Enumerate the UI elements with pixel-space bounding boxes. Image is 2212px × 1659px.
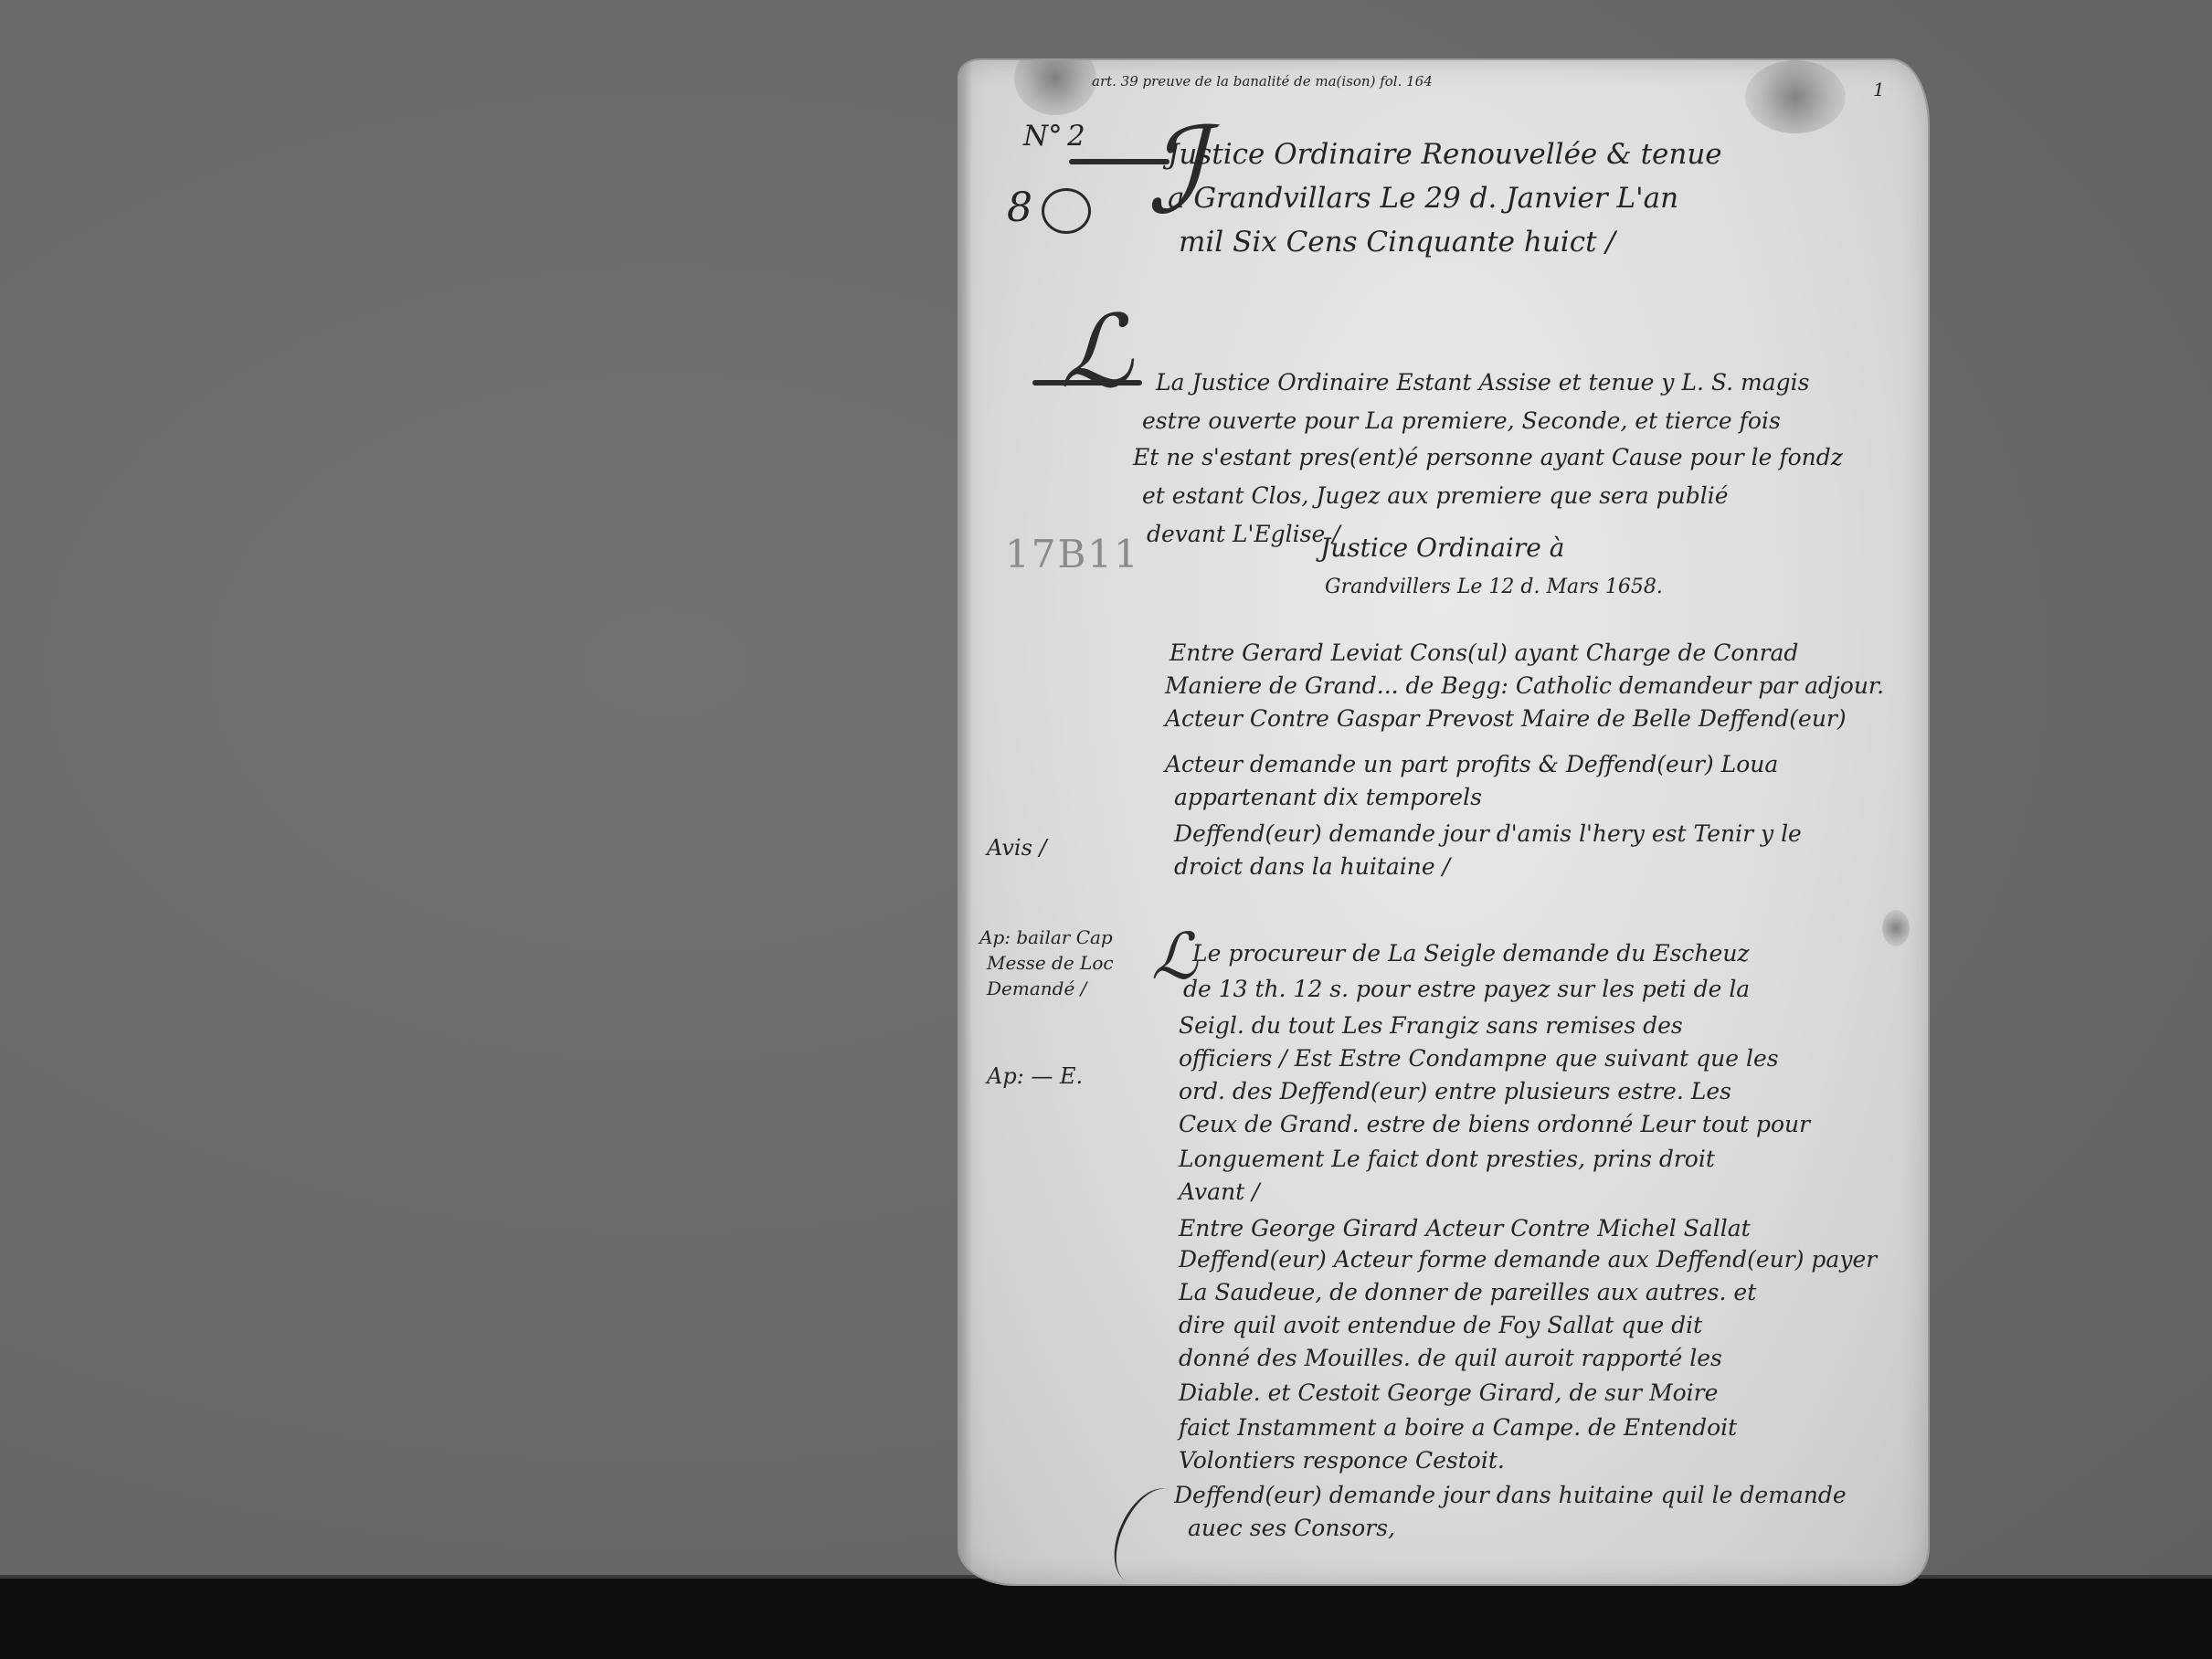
margin-note-2-line-3: Demandé / — [987, 979, 1086, 998]
paraph-scribble-icon — [1042, 188, 1091, 234]
entry-3-line-8: Volontiers responce Cestoit. — [1179, 1449, 1505, 1472]
entry-1-line-3: Acteur Contre Gaspar Prevost Maire de Be… — [1165, 707, 1847, 730]
entry-2-line-6: Ceux de Grand. estre de biens ordonné Le… — [1179, 1113, 1810, 1136]
record-number: 2 — [1067, 122, 1085, 151]
archive-stamp: 17B11 — [1005, 535, 1140, 574]
session-2-heading-line-1: Justice Ordinaire à — [1320, 535, 1564, 561]
entry-3-line-3: La Saudeue, de donner de pareilles aux a… — [1179, 1281, 1756, 1304]
page-binding-edge — [959, 60, 972, 1584]
paragraph-pen-stroke — [1032, 380, 1142, 386]
entry-2-line-8: Avant / — [1179, 1180, 1260, 1203]
paragraph-1-line-1: La Justice Ordinaire Estant Assise et te… — [1156, 371, 1809, 394]
entry-3-line-9: Deffend(eur) demande jour dans huitaine … — [1174, 1484, 1847, 1506]
title-line-2: a Grandvillars Le 29 d. Janvier L'an — [1168, 185, 1678, 213]
entry-3-line-4: dire quil avoit entendue de Foy Sallat q… — [1179, 1314, 1702, 1337]
entry-1-line-7: droict dans la huitaine / — [1174, 855, 1450, 878]
scan-background: art. 39 preuve de la banalité de ma(ison… — [0, 0, 2212, 1659]
entry-2-line-3: Seigl. du tout Les Frangiz sans remises … — [1179, 1014, 1683, 1037]
title-line-1: Justice Ordinaire Renouvellée & tenue — [1168, 141, 1722, 169]
entry-3-line-7: faict Instamment a boire a Campe. de Ent… — [1179, 1416, 1737, 1439]
entry-3-line-6: Diable. et Cestoit George Girard, de sur… — [1179, 1381, 1718, 1404]
record-number-label: N° — [1023, 122, 1063, 151]
entry-3-line-1: Entre George Girard Acteur Contre Michel… — [1179, 1217, 1751, 1240]
margin-note-3: Ap: — E. — [987, 1065, 1083, 1087]
paragraph-1-line-4: et estant Clos, Jugez aux premiere que s… — [1142, 484, 1729, 507]
header-note: art. 39 preuve de la banalité de ma(ison… — [1092, 75, 1433, 89]
title-line-3: mil Six Cens Cinquante huict / — [1179, 228, 1615, 257]
paragraph-1-line-3: Et ne s'estant pres(ent)é personne ayant… — [1133, 446, 1843, 469]
ink-stain — [1014, 60, 1096, 115]
session-2-heading-line-2: Grandvillers Le 12 d. Mars 1658. — [1325, 577, 1663, 597]
entry-2-line-2: de 13 th. 12 s. pour estre payez sur les… — [1183, 977, 1750, 1000]
entry-3-line-10: auec ses Consors, — [1188, 1516, 1395, 1539]
margin-note-2-line-1: Ap: bailar Cap — [979, 928, 1113, 946]
entry-3-line-5: donné des Mouilles. de quil auroit rappo… — [1179, 1347, 1722, 1369]
ink-stain — [1745, 60, 1846, 133]
entry-2-line-1: Le procureur de La Seigle demande du Esc… — [1192, 942, 1750, 965]
entry-3-line-2: Deffend(eur) Acteur forme demande aux De… — [1179, 1248, 1877, 1271]
entry-1-line-4: Acteur demande un part profits & Deffend… — [1165, 753, 1778, 776]
entry-1-line-1: Entre Gerard Leviat Cons(ul) ayant Charg… — [1170, 641, 1798, 664]
entry-2-line-4: officiers / Est Estre Condampne que suiv… — [1179, 1047, 1779, 1070]
entry-1-line-2: Maniere de Grand... de Begg: Catholic de… — [1165, 674, 1884, 697]
entry-1-line-5: appartenant dix temporels — [1174, 786, 1482, 808]
entry-2-line-5: ord. des Deffend(eur) entre plusieurs es… — [1179, 1080, 1731, 1103]
dark-table-surface — [0, 1579, 2212, 1659]
paragraph-1-line-5: devant L'Eglise / — [1147, 523, 1340, 545]
initial-l-flourish-icon: ℒ — [1060, 293, 1132, 410]
entry-2-line-7: Longuement Le faict dont presties, prins… — [1179, 1147, 1715, 1170]
paragraph-1-line-2: estre ouverte pour La premiere, Seconde,… — [1142, 409, 1781, 432]
title-pen-stroke — [1069, 159, 1170, 164]
margin-note-2-line-2: Messe de Loc — [987, 954, 1114, 972]
paraph-mark: 8 — [1007, 188, 1032, 228]
margin-note-avis: Avis / — [987, 837, 1047, 859]
entry-1-line-6: Deffend(eur) demande jour d'amis l'hery … — [1174, 822, 1802, 845]
ink-blot — [1882, 910, 1910, 946]
manuscript-page: art. 39 preuve de la banalité de ma(ison… — [959, 60, 1928, 1584]
page-number: 1 — [1873, 80, 1885, 99]
